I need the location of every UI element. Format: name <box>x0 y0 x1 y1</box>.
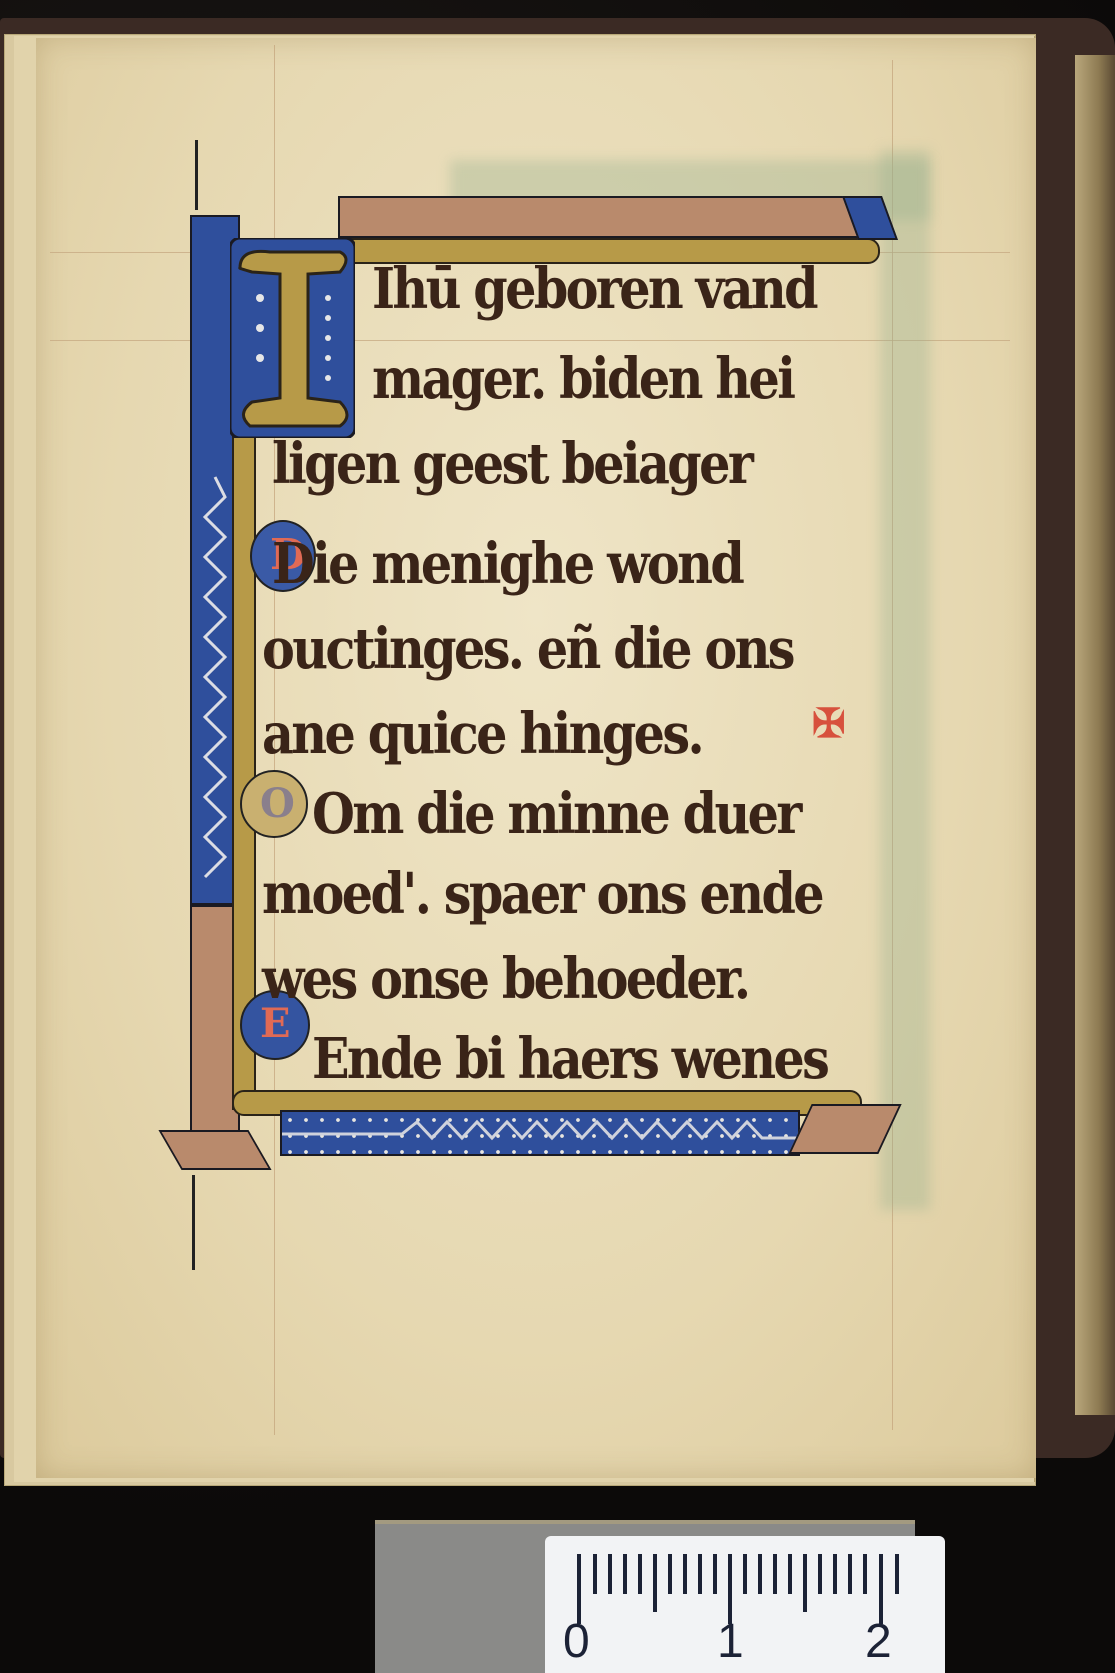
line-filler-cross-icon: ✠ <box>812 700 846 747</box>
ruler-tick <box>818 1554 822 1594</box>
ruler-tick <box>593 1554 597 1594</box>
ruler-tick <box>758 1554 762 1594</box>
ruler-tick <box>833 1554 837 1594</box>
text-line-7: Om die minne duer <box>312 775 800 853</box>
ruler-tick <box>683 1554 687 1594</box>
ruler-tick <box>698 1554 702 1594</box>
ruler-tick <box>788 1554 792 1594</box>
ruler-tick <box>743 1554 747 1594</box>
ruler-tick <box>623 1554 627 1594</box>
ruler-tick-half <box>653 1554 657 1612</box>
ruler-tick <box>848 1554 852 1594</box>
text-line-6: ane quice hinges. <box>262 695 702 773</box>
scale-ruler: 0 1 2 <box>545 1536 945 1673</box>
ruler-label-0: 0 <box>563 1614 590 1669</box>
ruler-tick <box>713 1554 717 1594</box>
pen-flourish <box>192 1175 195 1270</box>
text-line-9: wes onse behoeder. <box>262 940 748 1018</box>
pen-flourish <box>195 140 198 210</box>
ruler-tick <box>638 1554 642 1594</box>
text-line-8: moed'. spaer ons ende <box>262 855 822 933</box>
text-line-10: Ende bi haers wenes <box>312 1020 827 1098</box>
border-top-bar <box>338 196 868 238</box>
border-bottom-bar <box>280 1110 800 1156</box>
illuminated-initial-I <box>230 238 355 438</box>
ruler-tick <box>863 1554 867 1594</box>
text-line-4: Die menighe wond <box>272 525 742 603</box>
text-line-5: ouctinges. eñ die ons <box>262 610 793 688</box>
ruler-tick-half <box>803 1554 807 1612</box>
ruler-tick <box>773 1554 777 1594</box>
ruler-tick <box>608 1554 612 1594</box>
text-line-1: Ihū geboren vand <box>372 250 816 328</box>
ruler-tick <box>668 1554 672 1594</box>
text-line-2: mager. biden hei <box>372 340 793 418</box>
text-line-3: ligen geest beiager <box>272 425 751 503</box>
green-wash <box>880 150 930 1210</box>
ruler-label-2: 2 <box>865 1614 892 1669</box>
book-gutter <box>1075 55 1115 1415</box>
minor-initial-O: O <box>240 770 308 838</box>
ruler-label-1: 1 <box>717 1614 744 1669</box>
ruler-tick <box>895 1554 899 1594</box>
